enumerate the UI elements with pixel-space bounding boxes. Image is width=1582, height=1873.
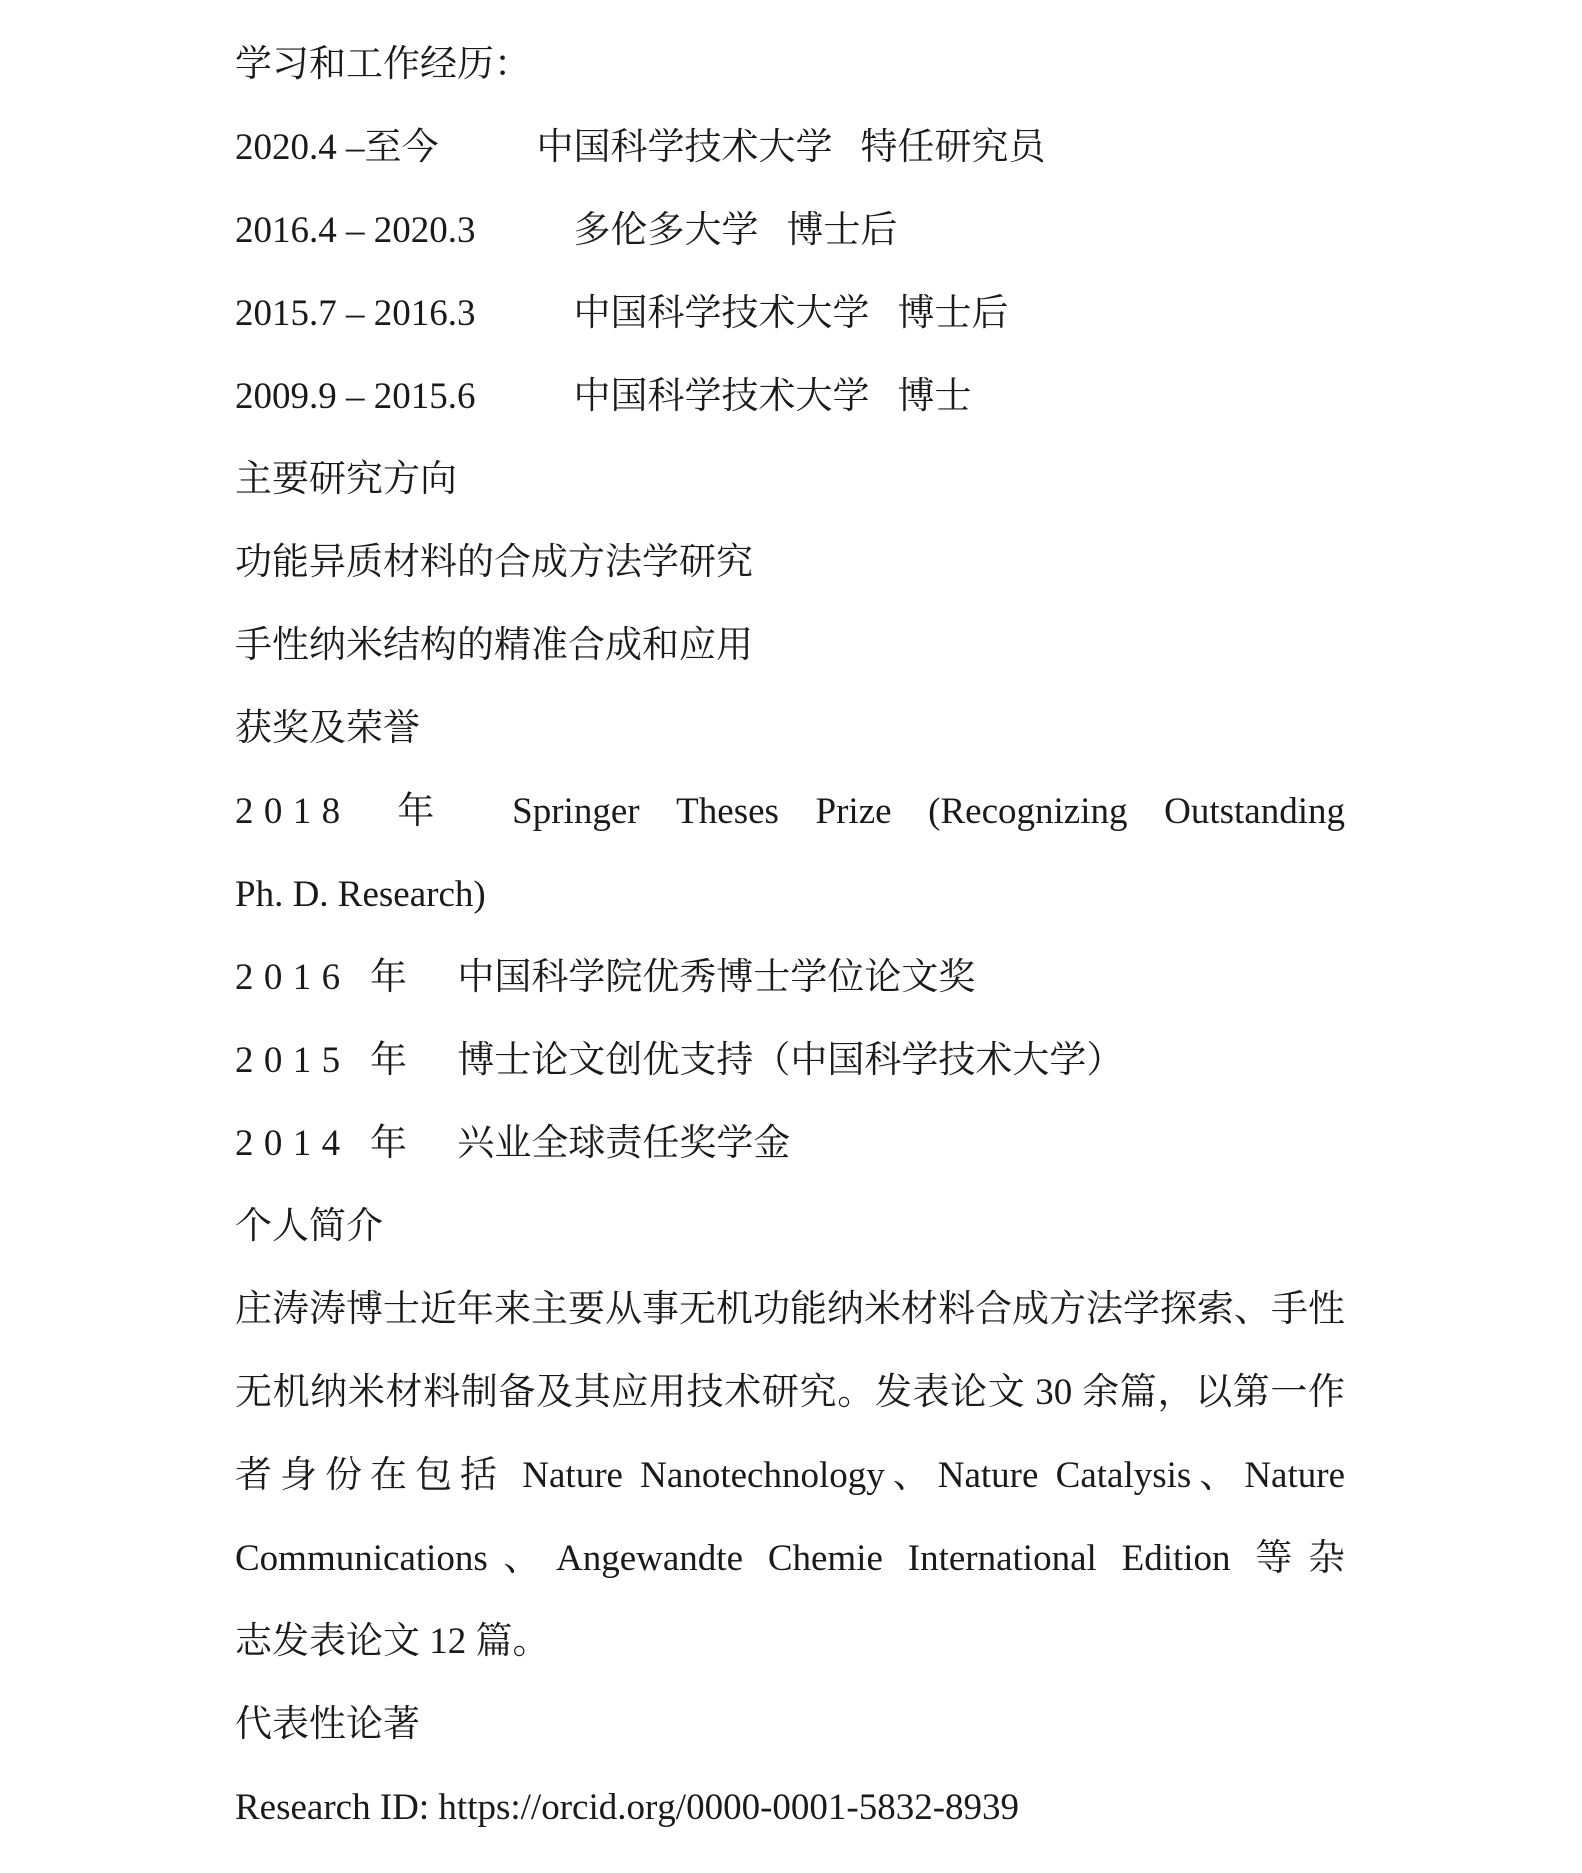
award-row: 2014 年兴业全球责任奖学金 <box>235 1102 1345 1185</box>
column-gap <box>870 324 898 325</box>
experience-row: 2020.4 –至今中国科学技术大学特任研究员 <box>235 106 1345 189</box>
column-gap <box>476 407 574 408</box>
experience-org: 中国科学技术大学 <box>537 127 833 168</box>
award-row: 2018 年Springer Theses Prize (Recognizing… <box>235 770 1345 853</box>
award-text: Springer Theses Prize (Recognizing Outst… <box>512 791 1345 832</box>
column-gap <box>417 1071 457 1072</box>
profile-paragraph-line: 志发表论文 12 篇。 <box>235 1600 1345 1683</box>
column-gap <box>417 988 457 989</box>
award-row: 2016 年中国科学院优秀博士学位论文奖 <box>235 936 1345 1019</box>
profile-paragraph-line: 庄涛涛博士近年来主要从事无机功能纳米材料合成方法学探索、手性 <box>235 1268 1345 1351</box>
research-id-link[interactable]: Research ID: https://orcid.org/0000-0001… <box>235 1766 1345 1849</box>
document-page: 学习和工作经历： 2020.4 –至今中国科学技术大学特任研究员 2016.4 … <box>0 0 1582 1873</box>
column-gap <box>833 158 861 159</box>
experience-period: 2009.9 – 2015.6 <box>235 376 476 417</box>
column-gap <box>759 241 787 242</box>
award-year: 2016 年 <box>235 957 417 998</box>
experience-row: 2015.7 – 2016.3中国科学技术大学博士后 <box>235 272 1345 355</box>
experience-role: 博士后 <box>787 210 898 251</box>
profile-paragraph-line: 无机纳米材料制备及其应用技术研究。发表论文 30 余篇，以第一作 <box>235 1351 1345 1434</box>
profile-paragraph-line: 者身份在包括 Nature Nanotechnology、Nature Cata… <box>235 1434 1345 1517</box>
experience-period: 2020.4 –至今 <box>235 127 439 168</box>
experience-role: 特任研究员 <box>861 127 1046 168</box>
award-year: 2014 年 <box>235 1123 417 1164</box>
column-gap <box>417 1154 457 1155</box>
section-heading-research-directions: 主要研究方向 <box>235 438 1345 521</box>
column-gap <box>870 407 898 408</box>
experience-org: 中国科学技术大学 <box>574 376 870 417</box>
column-gap <box>472 822 512 823</box>
experience-org: 多伦多大学 <box>574 210 759 251</box>
research-direction-item: 手性纳米结构的精准合成和应用 <box>235 604 1345 687</box>
section-heading-profile: 个人简介 <box>235 1185 1345 1268</box>
award-row: 2015 年博士论文创优支持（中国科学技术大学） <box>235 1019 1345 1102</box>
award-text-continuation: Ph. D. Research) <box>235 853 1345 936</box>
experience-row: 2016.4 – 2020.3多伦多大学博士后 <box>235 189 1345 272</box>
experience-org: 中国科学技术大学 <box>574 293 870 334</box>
experience-role: 博士后 <box>898 293 1009 334</box>
award-text: 中国科学院优秀博士学位论文奖 <box>457 957 975 998</box>
column-gap <box>439 158 537 159</box>
section-heading-awards: 获奖及荣誉 <box>235 687 1345 770</box>
award-year: 2015 年 <box>235 1040 417 1081</box>
award-year: 2018 年 <box>235 791 472 832</box>
experience-period: 2016.4 – 2020.3 <box>235 210 476 251</box>
section-heading-publications: 代表性论著 <box>235 1683 1345 1766</box>
section-heading-experience: 学习和工作经历： <box>235 23 1345 106</box>
research-direction-item: 功能异质材料的合成方法学研究 <box>235 521 1345 604</box>
experience-period: 2015.7 – 2016.3 <box>235 293 476 334</box>
column-gap <box>476 324 574 325</box>
award-text: 兴业全球责任奖学金 <box>457 1123 790 1164</box>
experience-row: 2009.9 – 2015.6中国科学技术大学博士 <box>235 355 1345 438</box>
profile-paragraph-line: Communications、Angewandte Chemie Interna… <box>235 1517 1345 1600</box>
document-text-block: 学习和工作经历： 2020.4 –至今中国科学技术大学特任研究员 2016.4 … <box>235 23 1345 1849</box>
column-gap <box>476 241 574 242</box>
award-text: 博士论文创优支持（中国科学技术大学） <box>457 1040 1123 1081</box>
experience-role: 博士 <box>898 376 972 417</box>
